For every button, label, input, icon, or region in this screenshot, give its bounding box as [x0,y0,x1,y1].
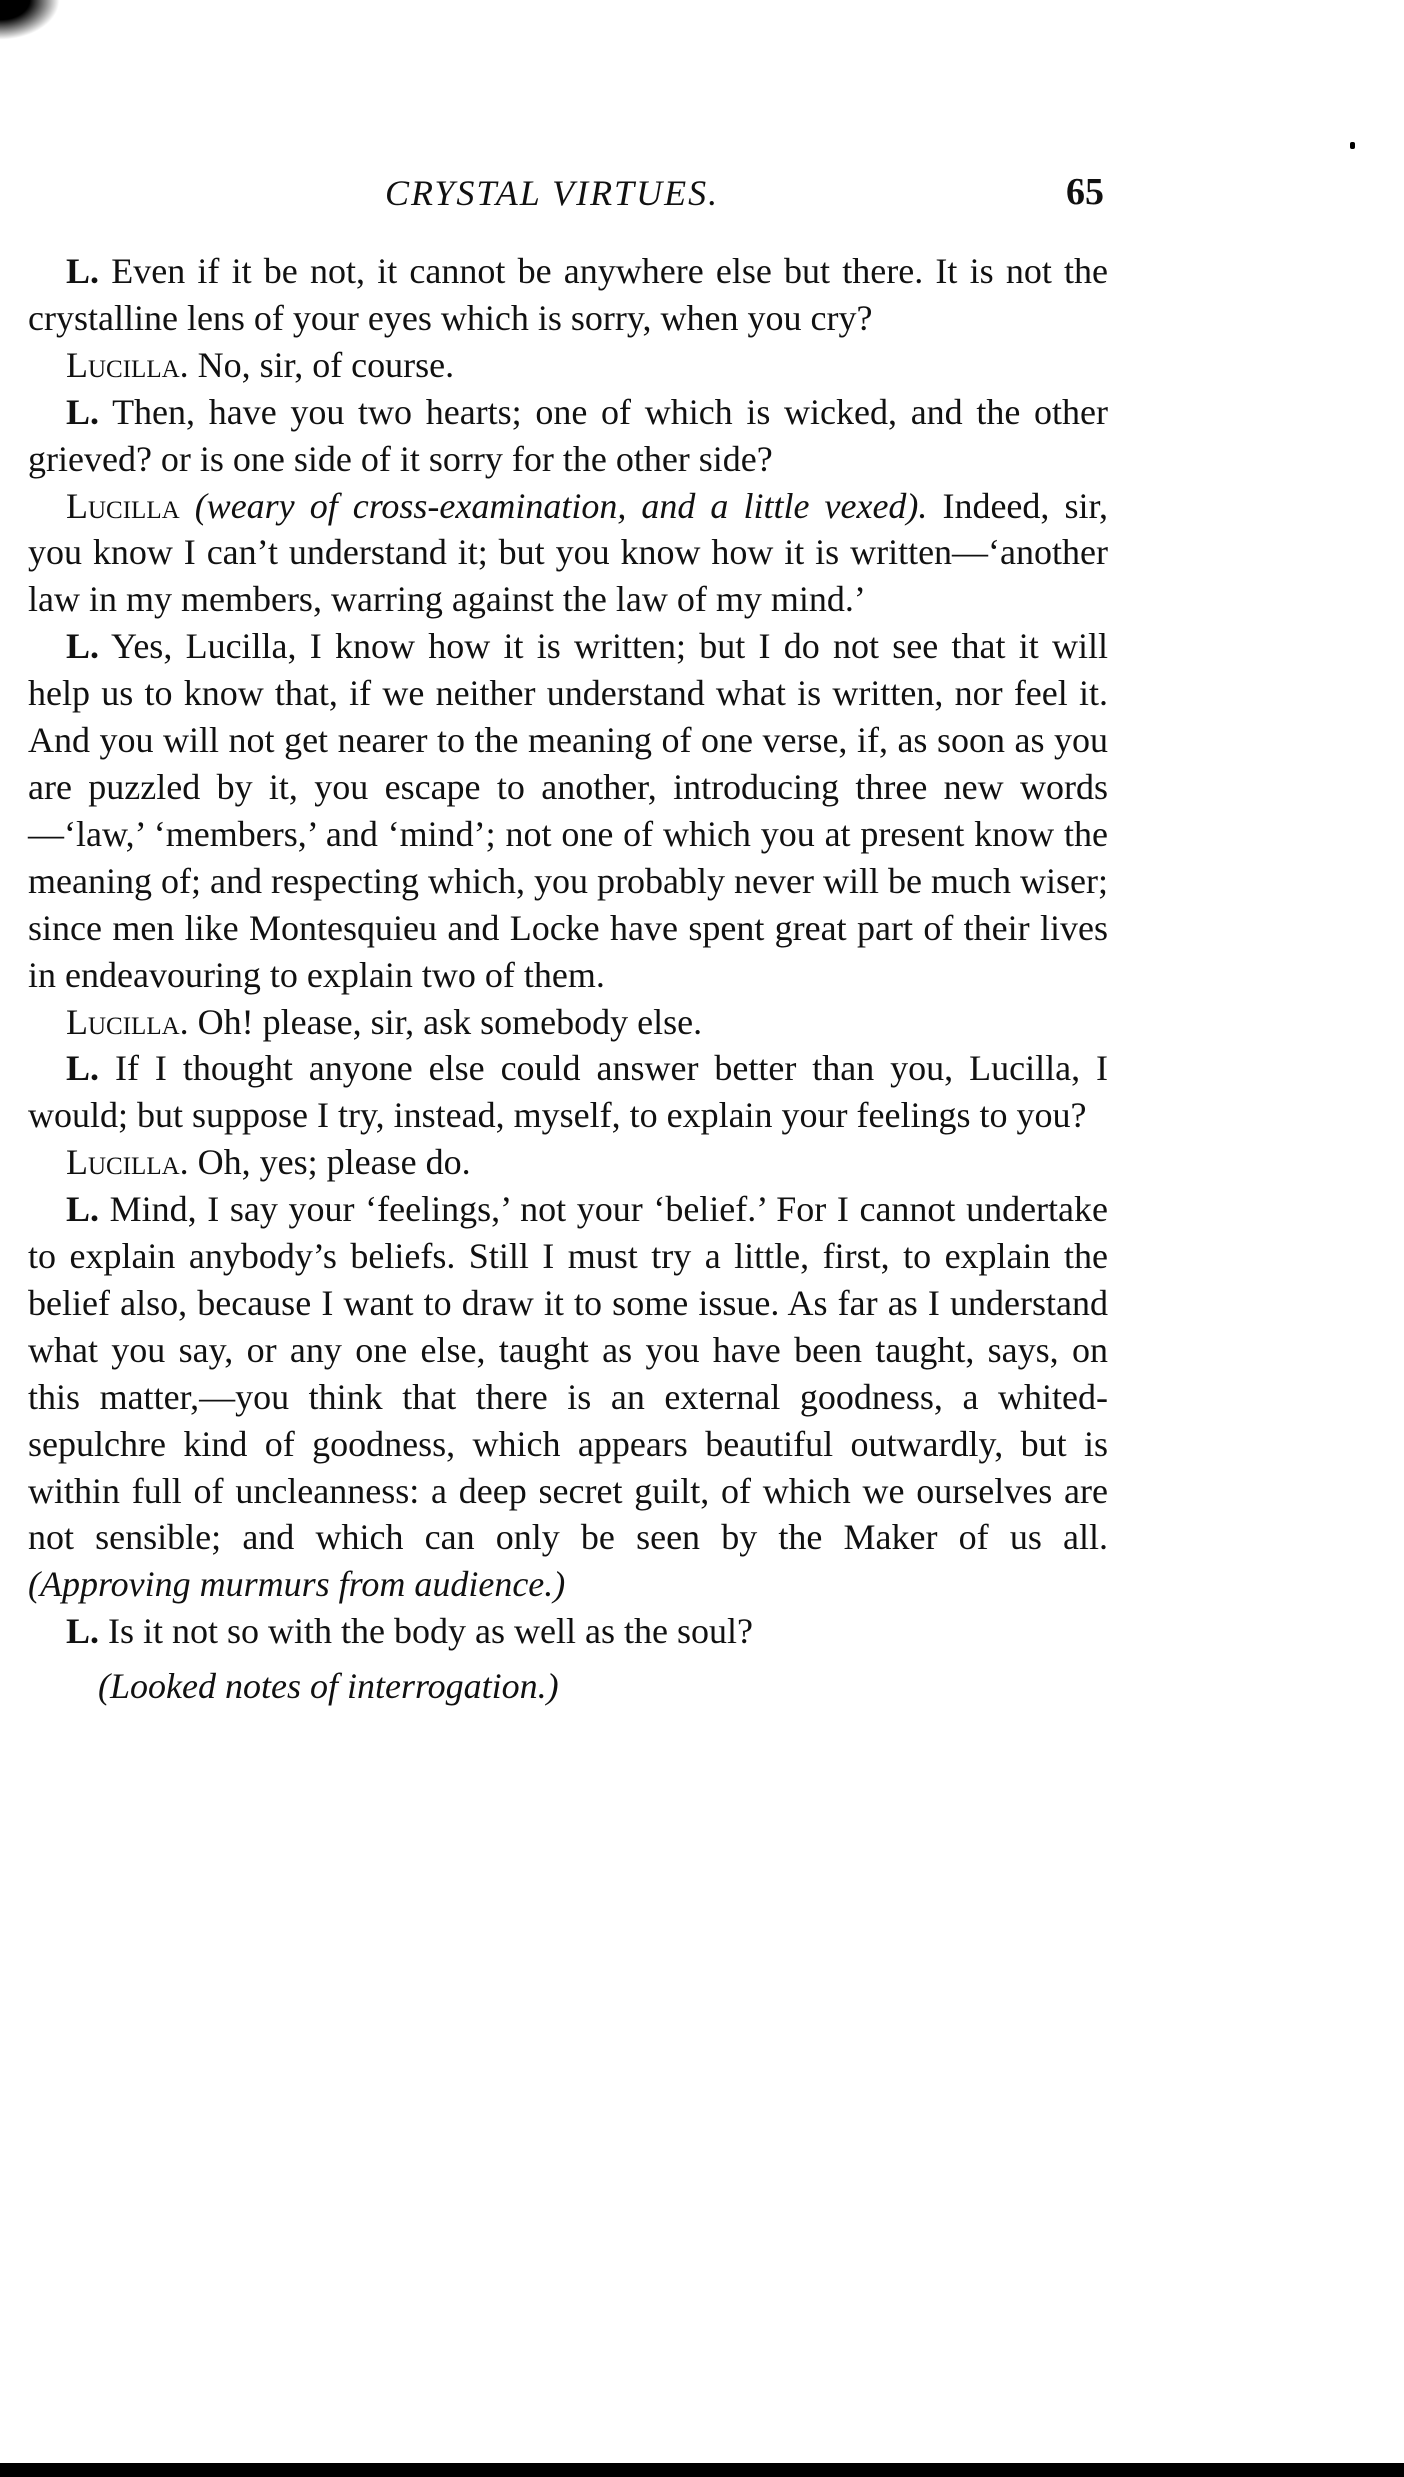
paragraph-text: Oh! please, sir, ask somebody else. [198,1002,702,1042]
speaker-label: L. [66,1611,99,1651]
paragraph: Lucilla. Oh, yes; please do. [28,1139,1108,1186]
speaker-label: L. [66,626,99,666]
scan-bottom-edge [0,2463,1404,2477]
stage-direction: (Looked notes of interrogation.) [98,1666,559,1706]
paragraph: Lucilla. No, sir, of course. [28,342,1108,389]
page-body: L. Even if it be not, it cannot be anywh… [28,248,1108,1710]
paragraph-text: Oh, yes; please do. [198,1142,471,1182]
paragraph: Lucilla. Oh! please, sir, ask somebody e… [28,999,1108,1046]
paragraph-text: Then, have you two hearts; one of which … [28,392,1108,479]
page-number: 65 [1066,170,1104,214]
paragraph: L. Even if it be not, it cannot be anywh… [28,248,1108,342]
paragraph-text: Is it not so with the body as well as th… [108,1611,753,1651]
scan-corner-smudge [0,0,60,40]
paragraph: L. Is it not so with the body as well as… [28,1608,1108,1655]
paragraph-text: Even if it be not, it cannot be anywhere… [28,251,1108,338]
paragraph: L. Mind, I say your ‘feelings,’ not your… [28,1186,1108,1608]
stage-direction: (weary of cross-examination, and a littl… [195,486,928,526]
stage-direction-line: (Looked notes of interrogation.) [28,1663,1108,1710]
page-header: CRYSTAL VIRTUES. 65 [0,172,1404,222]
speaker-label: Lucilla. [66,1142,189,1182]
speaker-label: Lucilla. [66,1002,189,1042]
running-title: CRYSTAL VIRTUES. [385,172,719,214]
paragraph-text: Mind, I say your ‘feelings,’ not your ‘b… [28,1189,1108,1557]
speaker-label: L. [66,392,99,432]
paragraph: L. Yes, Lucilla, I know how it is writte… [28,623,1108,998]
speaker-label: Lucilla [66,486,180,526]
paragraph-text: No, sir, of course. [198,345,455,385]
paragraph: L. Then, have you two hearts; one of whi… [28,389,1108,483]
paragraph-text: If I thought anyone else could answer be… [28,1048,1108,1135]
paragraph-text: Yes, Lucilla, I know how it is written; … [28,626,1108,994]
speaker-label: L. [66,1189,99,1229]
paragraph: Lucilla (weary of cross-examination, and… [28,483,1108,624]
speaker-label: L. [66,1048,99,1088]
speaker-label: Lucilla. [66,345,189,385]
paragraph: L. If I thought anyone else could answer… [28,1045,1108,1139]
scan-speck [1350,142,1355,149]
speaker-label: L. [66,251,99,291]
stage-direction: (Approving murmurs from audience.) [28,1564,565,1604]
